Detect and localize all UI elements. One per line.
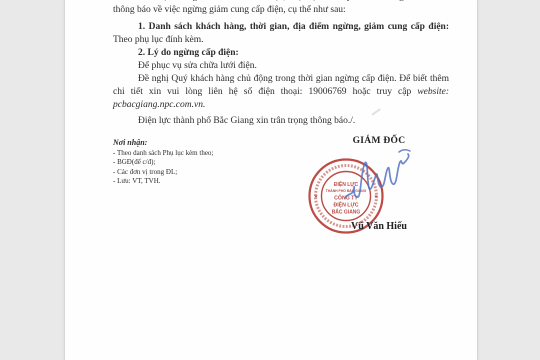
- notice-text: Đề nghị Quý khách hàng chủ động trong th…: [113, 74, 449, 97]
- screenshot-root: { "page": { "background_color": "#e9e9e9…: [0, 0, 540, 360]
- stamp-left-star: ✶: [314, 194, 318, 199]
- document-body: Căn cứ kế hoạch công tác sửa chữa lưới đ…: [113, 0, 449, 128]
- signer-title: GIÁM ĐỐC: [329, 136, 429, 146]
- item1-paragraph: 1. Danh sách khách hàng, thời gian, địa …: [113, 21, 449, 47]
- recipients-header: Nơi nhận:: [113, 138, 313, 147]
- recipient-item: - Lưu: VT, TVH.: [113, 177, 313, 186]
- document-page: Căn cứ kế hoạch công tác sửa chữa lưới đ…: [64, 0, 478, 360]
- recipients-block: Nơi nhận: - Theo danh sách Phụ lục kèm t…: [113, 138, 313, 186]
- recipient-item: - Theo danh sách Phụ lục kèm theo;: [113, 149, 313, 158]
- item1-heading: 1. Danh sách khách hàng, thời gian, địa …: [138, 22, 449, 32]
- reason-line: Để phục vụ sửa chữa lưới điện.: [113, 60, 449, 73]
- recipient-item: - Các đơn vị trong ĐL;: [113, 168, 313, 177]
- item2-heading: 2. Lý do ngừng cấp điện:: [113, 47, 449, 60]
- recipient-item: - BGĐ(để c/đ);: [113, 158, 313, 167]
- item1-rest: Theo phụ lục đính kèm.: [113, 35, 204, 45]
- closing-line: Điện lực thành phố Bắc Giang xin trân tr…: [113, 115, 449, 128]
- stamp-line5: BẮC GIANG: [332, 208, 361, 216]
- notice-paragraph: Đề nghị Quý khách hàng chủ động trong th…: [113, 73, 449, 112]
- handwritten-signature: [335, 146, 420, 206]
- intro-line: thông báo về việc ngừng giảm cung cấp đi…: [113, 4, 449, 17]
- signer-name: Vũ Văn Hiểu: [329, 221, 429, 232]
